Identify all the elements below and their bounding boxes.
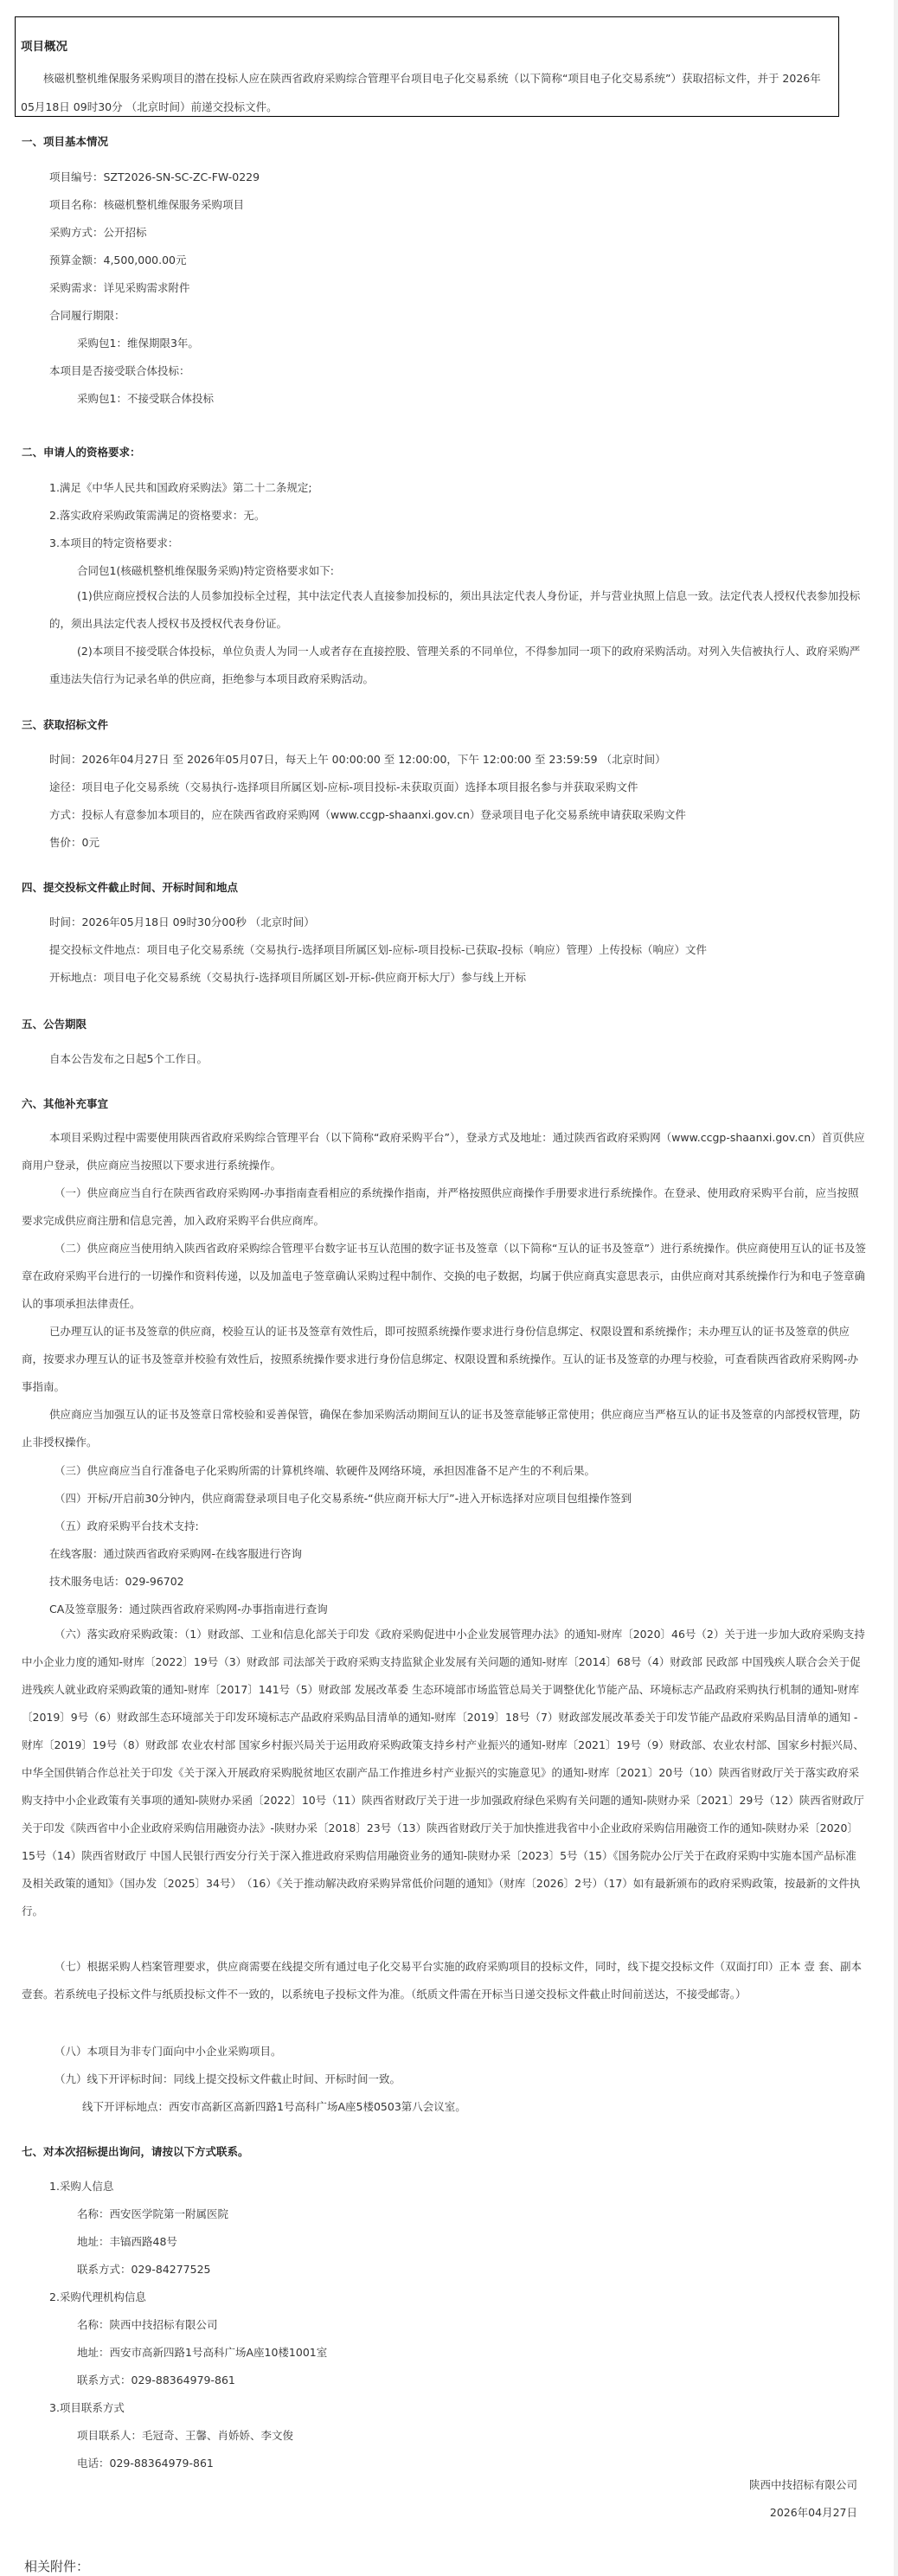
purchaser-name: 名称：西安医学院第一附属医院: [77, 2206, 228, 2221]
section-6-title: 六、其他补充事宜: [22, 1095, 108, 1111]
project-number: 项目编号：SZT2026-SN-SC-ZC-FW-0229: [49, 169, 260, 184]
supplement-item-9: （九）线下开评标时间：同线上提交投标文件截止时间、开标时间一致。: [55, 2071, 401, 2086]
summary-text: 核磁机整机维保服务采购项目的潜在投标人应在陕西省政府采购综合管理平台项目电子化交…: [21, 64, 826, 121]
agency-name: 名称：陕西中技招标有限公司: [77, 2316, 218, 2332]
section-4-title: 四、提交投标文件截止时间、开标时间和地点: [22, 879, 238, 895]
signature-date: 2026年04月27日: [770, 2504, 857, 2520]
project-contact-heading: 3.项目联系方式: [49, 2399, 125, 2415]
scrollbar-track[interactable]: [894, 0, 898, 2576]
project-contact-persons: 项目联系人：毛冠奇、王馨、肖娇娇、李文俊: [77, 2427, 293, 2443]
section-2-title: 二、申请人的资格要求：: [22, 444, 141, 459]
procurement-requirement: 采购需求：详见采购需求附件: [49, 279, 190, 295]
qualification-2: 2.落实政府采购政策需满足的资格要求：无。: [49, 507, 265, 523]
contract-period-label: 合同履行期限：: [49, 307, 125, 323]
supplement-item-1: （一）供应商应当自行在陕西省政府采购网-办事指南查看相应的系统操作指南，并严格按…: [22, 1179, 867, 1235]
announcement-period: 自本公告发布之日起5个工作日。: [49, 1050, 208, 1066]
section-5-title: 五、公告期限: [22, 1016, 87, 1031]
package-1-qualification-2: (2)本项目不接受联合体投标，单位负责人为同一人或者存在直接控股、管理关系的不同…: [49, 638, 867, 693]
consortium-package-1: 采购包1：不接受联合体投标: [77, 390, 214, 406]
project-summary-box: 项目概况 核磁机整机维保服务采购项目的潜在投标人应在陕西省政府采购综合管理平台项…: [15, 16, 839, 117]
section-7-title: 七、对本次招标提出询问，请按以下方式联系。: [22, 2143, 249, 2159]
purchaser-phone: 联系方式：029-84277525: [77, 2261, 211, 2277]
supplement-item-5: （五）政府采购平台技术支持:: [55, 1518, 199, 1533]
supplement-item-7: （七）根据采购人档案管理要求，供应商需要在线提交所有通过电子化交易平台实施的政府…: [22, 1953, 867, 2008]
contract-period-package-1: 采购包1：维保期限3年。: [77, 335, 199, 350]
project-contact-phone: 电话：029-88364979-861: [77, 2455, 214, 2470]
qualification-1: 1.满足《中华人民共和国政府采购法》第二十二条规定;: [49, 479, 312, 495]
deadline-time: 时间：2026年05月18日 09时30分00秒 （北京时间）: [49, 914, 315, 929]
purchaser-heading: 1.采购人信息: [49, 2178, 113, 2194]
tech-support-phone: 技术服务电话：029-96702: [49, 1573, 184, 1589]
signature-company: 陕西中技招标有限公司: [749, 2476, 857, 2492]
online-service: 在线客服：通过陕西省政府采购网-在线客服进行咨询: [49, 1545, 302, 1561]
agency-heading: 2.采购代理机构信息: [49, 2289, 146, 2304]
obtain-time: 时间：2026年04月27日 至 2026年05月07日，每天上午 00:00:…: [49, 751, 666, 767]
supplement-item-6-policies: （六）落实政府采购政策：（1）财政部、工业和信息化部关于印发《政府采购促进中小企…: [22, 1621, 867, 1925]
procurement-method: 采购方式：公开招标: [49, 224, 147, 240]
supplement-item-8: （八）本项目为非专门面向中小企业采购项目。: [55, 2043, 282, 2059]
attachments-label: 相关附件：: [24, 2557, 89, 2575]
obtain-price: 售价：0元: [49, 834, 99, 850]
project-name: 项目名称：核磁机整机维保服务采购项目: [49, 196, 244, 212]
section-1-title: 一、项目基本情况: [22, 133, 108, 149]
package-1-qualification-1: (1)供应商应授权合法的人员参加投标全过程，其中法定代表人直接参加投标的，须出具…: [49, 582, 867, 638]
offline-evaluation-location: 线下开评标地点：西安市高新区高新四路1号高科广场A座5楼0503第八会议室。: [82, 2098, 466, 2114]
supplement-item-2: （二）供应商应当使用纳入陕西省政府采购综合管理平台数字证书互认范围的数字证书及签…: [22, 1235, 867, 1318]
section-6-intro: 本项目采购过程中需要使用陕西省政府采购综合管理平台（以下简称“政府采购平台”），…: [22, 1124, 867, 1179]
supplement-item-3: （三）供应商应当自行准备电子化采购所需的计算机终端、软硬件及网络环境，承担因准备…: [55, 1462, 595, 1478]
consortium-label: 本项目是否接受联合体投标：: [49, 363, 190, 378]
purchaser-address: 地址：丰镐西路48号: [77, 2233, 177, 2249]
supplement-item-2-cert: 已办理互认的证书及签章的供应商，校验互认的证书及签章有效性后，即可按照系统操作要…: [22, 1318, 867, 1401]
agency-phone: 联系方式：029-88364979-861: [77, 2372, 235, 2387]
supplement-item-2-safekeeping: 供应商应当加强互认的证书及签章日常校验和妥善保管，确保在参加采购活动期间互认的证…: [22, 1401, 867, 1456]
supplement-item-4: （四）开标/开启前30分钟内，供应商需登录项目电子化交易系统-“供应商开标大厅”…: [55, 1490, 632, 1506]
obtain-method: 方式：投标人有意参加本项目的，应在陕西省政府采购网（www.ccgp-shaan…: [49, 806, 686, 822]
opening-location: 开标地点：项目电子化交易系统（交易执行-选择项目所属区划-开标-供应商开标大厅）…: [49, 969, 526, 985]
summary-title: 项目概况: [21, 36, 67, 54]
budget-amount: 预算金额：4,500,000.00元: [49, 252, 187, 267]
submission-location: 提交投标文件地点：项目电子化交易系统（交易执行-选择项目所属区划-应标-项目投标…: [49, 941, 707, 957]
qualification-3: 3.本项目的特定资格要求：: [49, 535, 178, 550]
agency-address: 地址：西安市高新四路1号高科广场A座10楼1001室: [77, 2344, 327, 2360]
package-1-qualification-intro: 合同包1(核磁机整机维保服务采购)特定资格要求如下:: [77, 562, 334, 578]
obtain-channel: 途径：项目电子化交易系统（交易执行-选择项目所属区划-应标-项目投标-未获取页面…: [49, 779, 638, 794]
section-3-title: 三、获取招标文件: [22, 716, 108, 732]
ca-signature-service: CA及签章服务：通过陕西省政府采购网-办事指南进行查询: [49, 1601, 328, 1616]
